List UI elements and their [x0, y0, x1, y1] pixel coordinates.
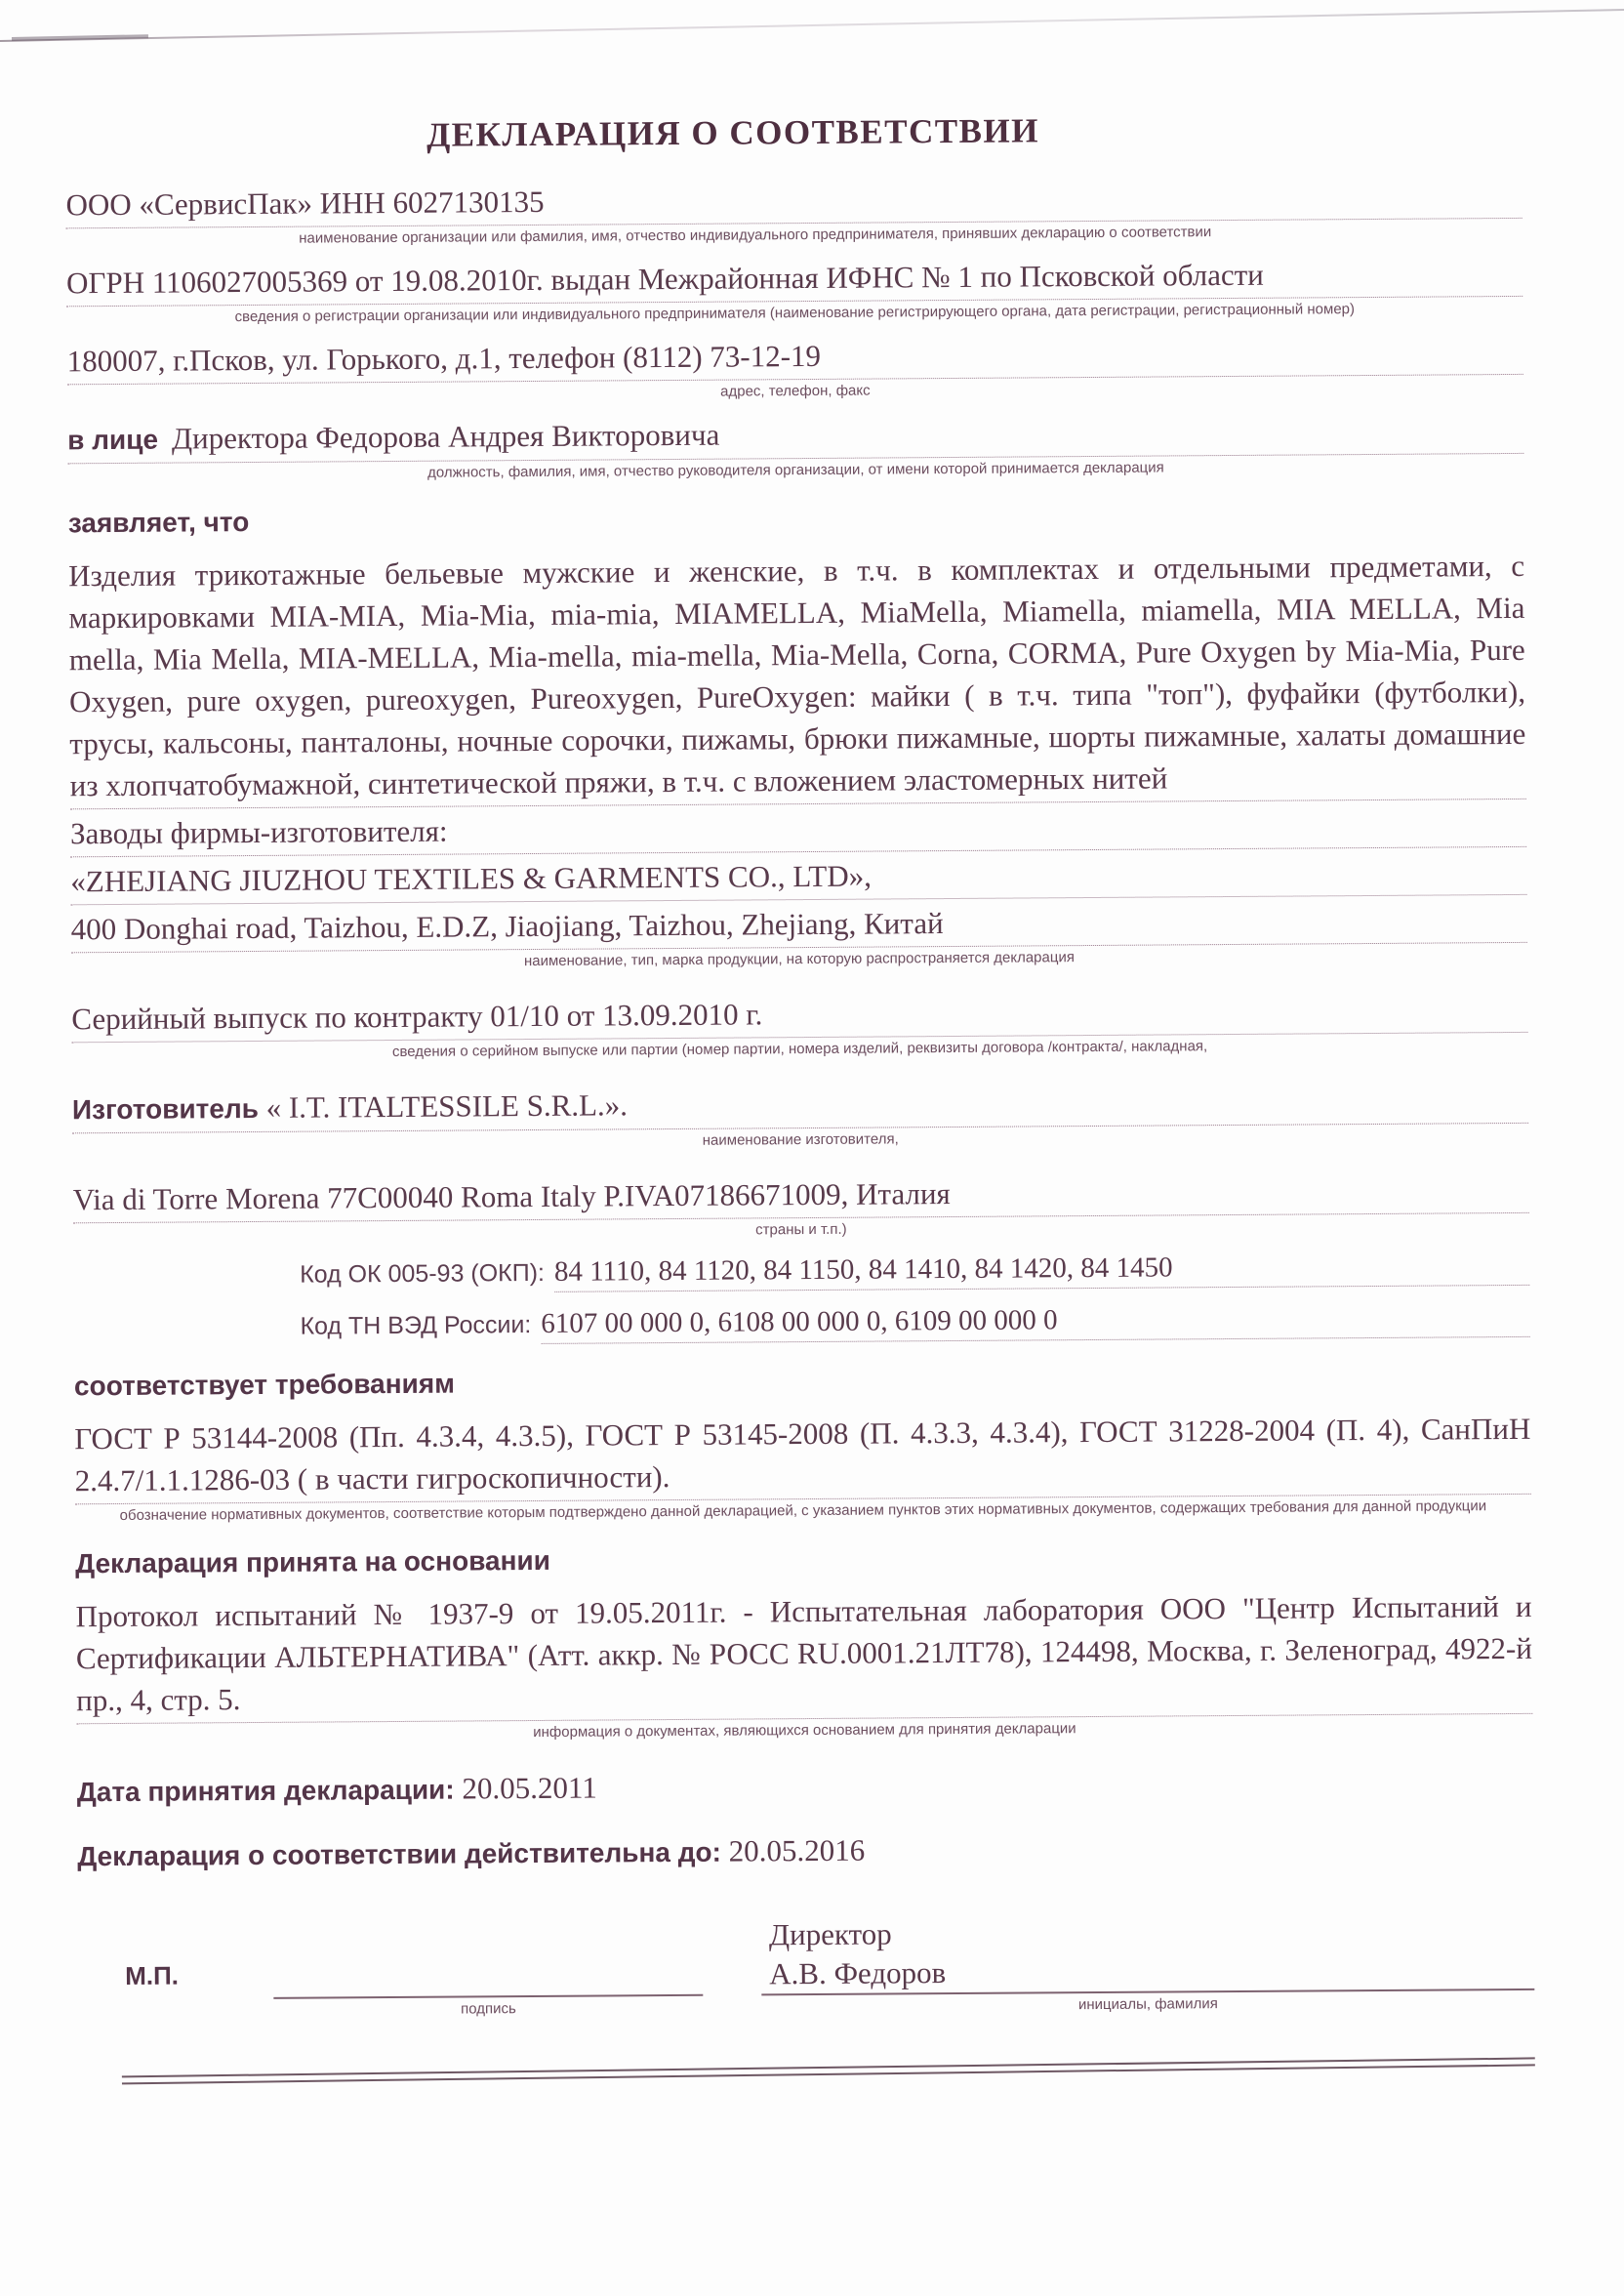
factories-label: Заводы фирмы-изготовителя:: [70, 803, 1526, 857]
manufacturer-field: Изготовитель « I.T. ITALTESSILE S.R.L.».…: [72, 1079, 1528, 1154]
declarant-field: ООО «СервисПак» ИНН 6027130135 наименова…: [65, 175, 1522, 249]
conforms-label: соответствует требованиям: [74, 1361, 1530, 1402]
signature-area: подпись: [273, 1994, 703, 2020]
representative-field: в лицеДиректора Федорова Андрея Викторов…: [67, 409, 1523, 484]
registration-field: ОГРН 1106027005369 от 19.08.2010г. выдан…: [66, 253, 1522, 327]
declares-label: заявляет, что: [68, 498, 1524, 539]
signature-caption: подпись: [273, 1998, 703, 2020]
basis-value: Протокол испытаний № 1937-9 от 19.05.201…: [75, 1585, 1532, 1724]
declaration-document: ДЕКЛАРАЦИЯ О СООТВЕТСТВИИ ООО «СервисПак…: [0, 0, 1624, 2081]
signatory-position: Директор: [761, 1910, 1534, 1955]
signature-block: М.П. подпись Директор А.В. Федоров иници…: [78, 1910, 1535, 2021]
signatory-area: Директор А.В. Федоров инициалы, фамилия: [761, 1910, 1535, 2017]
code-tnved-label: Код ТН ВЭД России:: [300, 1311, 531, 1341]
address-value: 180007, г.Псков, ул. Горького, д.1, теле…: [66, 331, 1522, 385]
valid-until-label: Декларация о соответствии действительна …: [77, 1837, 721, 1872]
code-okp-label: Код ОК 005-93 (ОКП):: [300, 1259, 545, 1290]
manufacturer-address-value: Via di Torre Morena 77C00040 Roma Italy …: [72, 1169, 1528, 1223]
basis-label: Декларация принята на основании: [75, 1538, 1531, 1579]
representative-name: Директора Федорова Андрея Викторовича: [172, 418, 720, 456]
manufacturer-label: Изготовитель: [72, 1093, 259, 1125]
adoption-date-row: Дата принятия декларации: 20.05.2011: [77, 1764, 1533, 1809]
code-tnved-value: 6107 00 000 0, 6108 00 000 0, 6109 00 00…: [541, 1301, 1529, 1344]
manufacturer-name: « I.T. ITALTESSILE S.R.L.».: [266, 1087, 629, 1125]
adoption-date-value: 20.05.2011: [462, 1771, 597, 1806]
valid-until-row: Декларация о соответствии действительна …: [77, 1828, 1533, 1873]
serial-value: Серийный выпуск по контракту 01/10 от 13…: [71, 989, 1527, 1043]
representative-value: в лицеДиректора Федорова Андрея Викторов…: [67, 409, 1523, 464]
representative-label: в лице: [67, 425, 158, 456]
stamp-place-label: М.П.: [78, 1960, 273, 2021]
declarant-value: ООО «СервисПак» ИНН 6027130135: [65, 175, 1522, 228]
bottom-double-rule: [122, 2057, 1535, 2084]
factory-name: «ZHEJIANG JIUZHOU TEXTILES & GARMENTS CO…: [70, 851, 1526, 905]
conforms-value: ГОСТ Р 53144-2008 (Пп. 4.3.4, 4.3.5), ГО…: [74, 1408, 1531, 1504]
code-okp-value: 84 1110, 84 1120, 84 1150, 84 1410, 84 1…: [554, 1250, 1529, 1292]
manufacturer-address-field: Via di Torre Morena 77C00040 Roma Italy …: [72, 1169, 1528, 1244]
signatory-caption: инициалы, фамилия: [761, 1992, 1534, 2017]
valid-until-value: 20.05.2016: [729, 1833, 866, 1868]
product-description: Изделия трикотажные бельевые мужские и ж…: [68, 545, 1526, 809]
document-title: ДЕКЛАРАЦИЯ О СООТВЕТСТВИИ: [5, 108, 1461, 157]
factory-address: 400 Donghai road, Taizhou, E.D.Z, Jiaoji…: [71, 899, 1527, 953]
code-okp-row: Код ОК 005-93 (ОКП): 84 1110, 84 1120, 8…: [300, 1250, 1529, 1294]
signatory-name: А.В. Федоров: [761, 1949, 1534, 1994]
registration-value: ОГРН 1106027005369 от 19.08.2010г. выдан…: [66, 253, 1522, 307]
code-tnved-row: Код ТН ВЭД России: 6107 00 000 0, 6108 0…: [300, 1301, 1529, 1346]
manufacturer-line: Изготовитель « I.T. ITALTESSILE S.R.L.».: [72, 1079, 1528, 1133]
serial-field: Серийный выпуск по контракту 01/10 от 13…: [71, 989, 1527, 1063]
address-field: 180007, г.Псков, ул. Горького, д.1, теле…: [66, 331, 1522, 405]
adoption-date-label: Дата принятия декларации:: [77, 1775, 455, 1808]
